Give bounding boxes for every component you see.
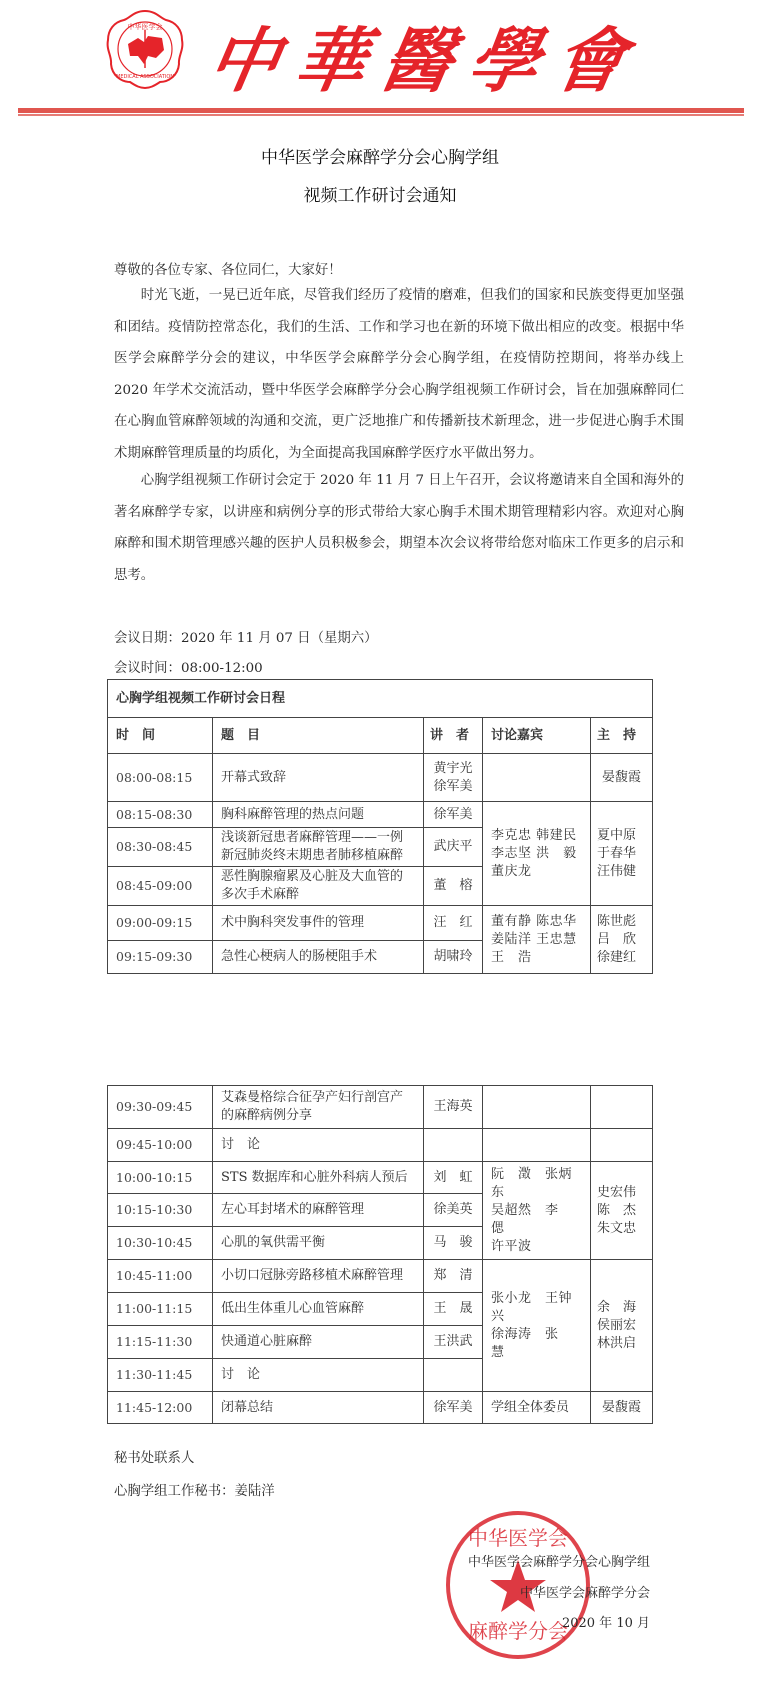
schedule-table: 心胸学组视频工作研讨会日程 时 间 题 目 讲 者 讨论嘉宾 主 持 08:00…: [107, 679, 653, 974]
header-time: 时 间: [108, 718, 213, 754]
merged-host: 余 海 侯丽宏 林洪启: [591, 1260, 653, 1392]
row-host: [591, 1129, 653, 1162]
row-time: 11:45-12:00: [108, 1392, 213, 1424]
table-row: 10:45-11:00 小切口冠脉旁路移植术麻醉管理 郑 清 张小龙 王钟兴 徐…: [108, 1260, 653, 1293]
row-topic: 左心耳封堵术的麻醉管理: [213, 1194, 424, 1227]
row-speaker: 黄宇光 徐军美: [424, 754, 483, 802]
row-speaker: 郑 清: [424, 1260, 483, 1293]
brand-char: 中: [201, 5, 293, 106]
row-time: 10:15-10:30: [108, 1194, 213, 1227]
letterhead-divider: [18, 108, 744, 113]
contact-secretary: 心胸学组工作秘书：姜陆洋: [114, 1480, 275, 1499]
svg-text:中华医学会: 中华医学会: [468, 1526, 568, 1550]
paragraph-intro: 时光飞逝，一晃已近年底，尽管我们经历了疫情的磨难，但我们的国家和民族变得更加坚强…: [114, 280, 684, 469]
row-topic: 心肌的氧供需平衡: [213, 1227, 424, 1260]
header-topic: 题 目: [213, 718, 424, 754]
row-host: 晏馥霞: [591, 754, 653, 802]
merged-guests: 阮 澂 张炳东 吴超然 李 偲 许平波: [483, 1162, 591, 1260]
merged-host: 陈世彪 吕 欣 徐建红: [591, 906, 653, 974]
row-speaker: 徐军美: [424, 1392, 483, 1424]
header-speaker: 讲 者: [424, 718, 483, 754]
merged-guests: 董有静 陈忠华 姜陆洋 王忠慧 王 浩: [483, 906, 591, 974]
row-guests: 学组全体委员: [483, 1392, 591, 1424]
meeting-time: 会议时间：08:00-12:00: [114, 657, 263, 676]
brand-char: 華: [288, 5, 380, 106]
row-time: 11:30-11:45: [108, 1359, 213, 1392]
row-topic: 开幕式致辞: [213, 754, 424, 802]
document-title: 中华医学会麻醉学分会心胸学组: [0, 143, 760, 168]
header-guests: 讨论嘉宾: [483, 718, 591, 754]
row-speaker: 马 骏: [424, 1227, 483, 1260]
table-row: 10:00-10:15 STS 数据库和心脏外科病人预后 刘 虹 阮 澂 张炳东…: [108, 1162, 653, 1194]
svg-text:麻醉学分会: 麻醉学分会: [468, 1619, 568, 1643]
row-speaker: 胡啸玲: [424, 941, 483, 974]
row-speaker: 徐军美: [424, 802, 483, 828]
row-speaker: 董 榕: [424, 867, 483, 906]
row-time: 09:00-09:15: [108, 906, 213, 941]
row-topic: 术中胸科突发事件的管理: [213, 906, 424, 941]
table-row: 09:45-10:00 讨 论: [108, 1129, 653, 1162]
row-topic: 胸科麻醉管理的热点问题: [213, 802, 424, 828]
row-speaker: 汪 红: [424, 906, 483, 941]
brand-calligraphy: 中 華 醫 學 會: [210, 10, 630, 100]
table-row: 08:00-08:15 开幕式致辞 黄宇光 徐军美 晏馥霞: [108, 754, 653, 802]
merged-guests: 李克忠 韩建民 李志坚 洪 毅 董庆龙: [483, 802, 591, 906]
merged-host: 夏中原 于春华 汪伟健: [591, 802, 653, 906]
cma-logo: 中华医学会 MEDICAL ASSOCIATION: [104, 8, 186, 90]
brand-char: 醫: [374, 5, 466, 106]
row-topic: 低出生体重儿心血管麻醉: [213, 1293, 424, 1326]
signature-org-group: 中华医学会麻醉学分会心胸学组: [468, 1551, 650, 1570]
svg-text:中华医学会: 中华医学会: [128, 22, 163, 31]
table-row: 09:00-09:15 术中胸科突发事件的管理 汪 红 董有静 陈忠华 姜陆洋 …: [108, 906, 653, 941]
letterhead-divider-thin: [18, 114, 744, 116]
row-time: 09:15-09:30: [108, 941, 213, 974]
table-row: 09:30-09:45 艾森曼格综合征孕产妇行剖宫产的麻醉病例分享 王海英: [108, 1086, 653, 1129]
table-title-row: 心胸学组视频工作研讨会日程: [108, 680, 653, 718]
merged-guests: 张小龙 王钟兴 徐海涛 张 慧: [483, 1260, 591, 1392]
row-guests: [483, 1129, 591, 1162]
row-speaker: 王海英: [424, 1086, 483, 1129]
signature-org-society: 中华医学会麻醉学分会: [520, 1582, 650, 1601]
row-time: 10:45-11:00: [108, 1260, 213, 1293]
row-topic: 讨 论: [213, 1129, 424, 1162]
row-time: 08:00-08:15: [108, 754, 213, 802]
row-time: 08:15-08:30: [108, 802, 213, 828]
row-topic: 闭幕总结: [213, 1392, 424, 1424]
schedule-table-continued: 09:30-09:45 艾森曼格综合征孕产妇行剖宫产的麻醉病例分享 王海英 09…: [107, 1085, 653, 1424]
brand-char: 會: [547, 5, 639, 106]
row-time: 09:30-09:45: [108, 1086, 213, 1129]
svg-text:MEDICAL ASSOCIATION: MEDICAL ASSOCIATION: [116, 74, 174, 80]
meeting-date: 会议日期：2020 年 11 月 07 日（星期六）: [114, 627, 378, 646]
row-topic: 恶性胸腺瘤累及心脏及大血管的多次手术麻醉: [213, 867, 424, 906]
brand-char: 學: [461, 5, 553, 106]
row-time: 11:00-11:15: [108, 1293, 213, 1326]
row-guests: [483, 1086, 591, 1129]
row-speaker: [424, 1129, 483, 1162]
row-speaker: 王洪武: [424, 1326, 483, 1359]
row-time: 08:30-08:45: [108, 828, 213, 867]
row-time: 09:45-10:00: [108, 1129, 213, 1162]
row-topic: 艾森曼格综合征孕产妇行剖宫产的麻醉病例分享: [213, 1086, 424, 1129]
row-speaker: 武庆平: [424, 828, 483, 867]
document-subtitle: 视频工作研讨会通知: [0, 181, 760, 206]
row-topic: 浅谈新冠患者麻醉管理——一例新冠肺炎终末期患者肺移植麻醉: [213, 828, 424, 867]
table-row: 08:15-08:30 胸科麻醉管理的热点问题 徐军美 李克忠 韩建民 李志坚 …: [108, 802, 653, 828]
table-row: 11:45-12:00 闭幕总结 徐军美 学组全体委员 晏馥霞: [108, 1392, 653, 1424]
table-header-row: 时 间 题 目 讲 者 讨论嘉宾 主 持: [108, 718, 653, 754]
row-host: 晏馥霞: [591, 1392, 653, 1424]
schedule-title: 心胸学组视频工作研讨会日程: [108, 680, 653, 718]
row-time: 10:00-10:15: [108, 1162, 213, 1194]
row-topic: 快通道心脏麻醉: [213, 1326, 424, 1359]
merged-host: 史宏伟 陈 杰 朱文忠: [591, 1162, 653, 1260]
row-topic: 急性心梗病人的肠梗阻手术: [213, 941, 424, 974]
header-host: 主 持: [591, 718, 653, 754]
row-topic: STS 数据库和心脏外科病人预后: [213, 1162, 424, 1194]
row-speaker: 刘 虹: [424, 1162, 483, 1194]
row-time: 08:45-09:00: [108, 867, 213, 906]
row-guests: [483, 754, 591, 802]
row-speaker: 王 晟: [424, 1293, 483, 1326]
paragraph-meeting: 心胸学组视频工作研讨会定于 2020 年 11 月 7 日上午召开，会议将邀请来…: [114, 465, 684, 591]
row-host: [591, 1086, 653, 1129]
row-time: 10:30-10:45: [108, 1227, 213, 1260]
row-topic: 讨 论: [213, 1359, 424, 1392]
contact-heading: 秘书处联系人: [114, 1447, 194, 1466]
row-topic: 小切口冠脉旁路移植术麻醉管理: [213, 1260, 424, 1293]
row-speaker: 徐美英: [424, 1194, 483, 1227]
signature-date: 2020 年 10 月: [562, 1612, 650, 1631]
row-time: 11:15-11:30: [108, 1326, 213, 1359]
row-speaker: [424, 1359, 483, 1392]
